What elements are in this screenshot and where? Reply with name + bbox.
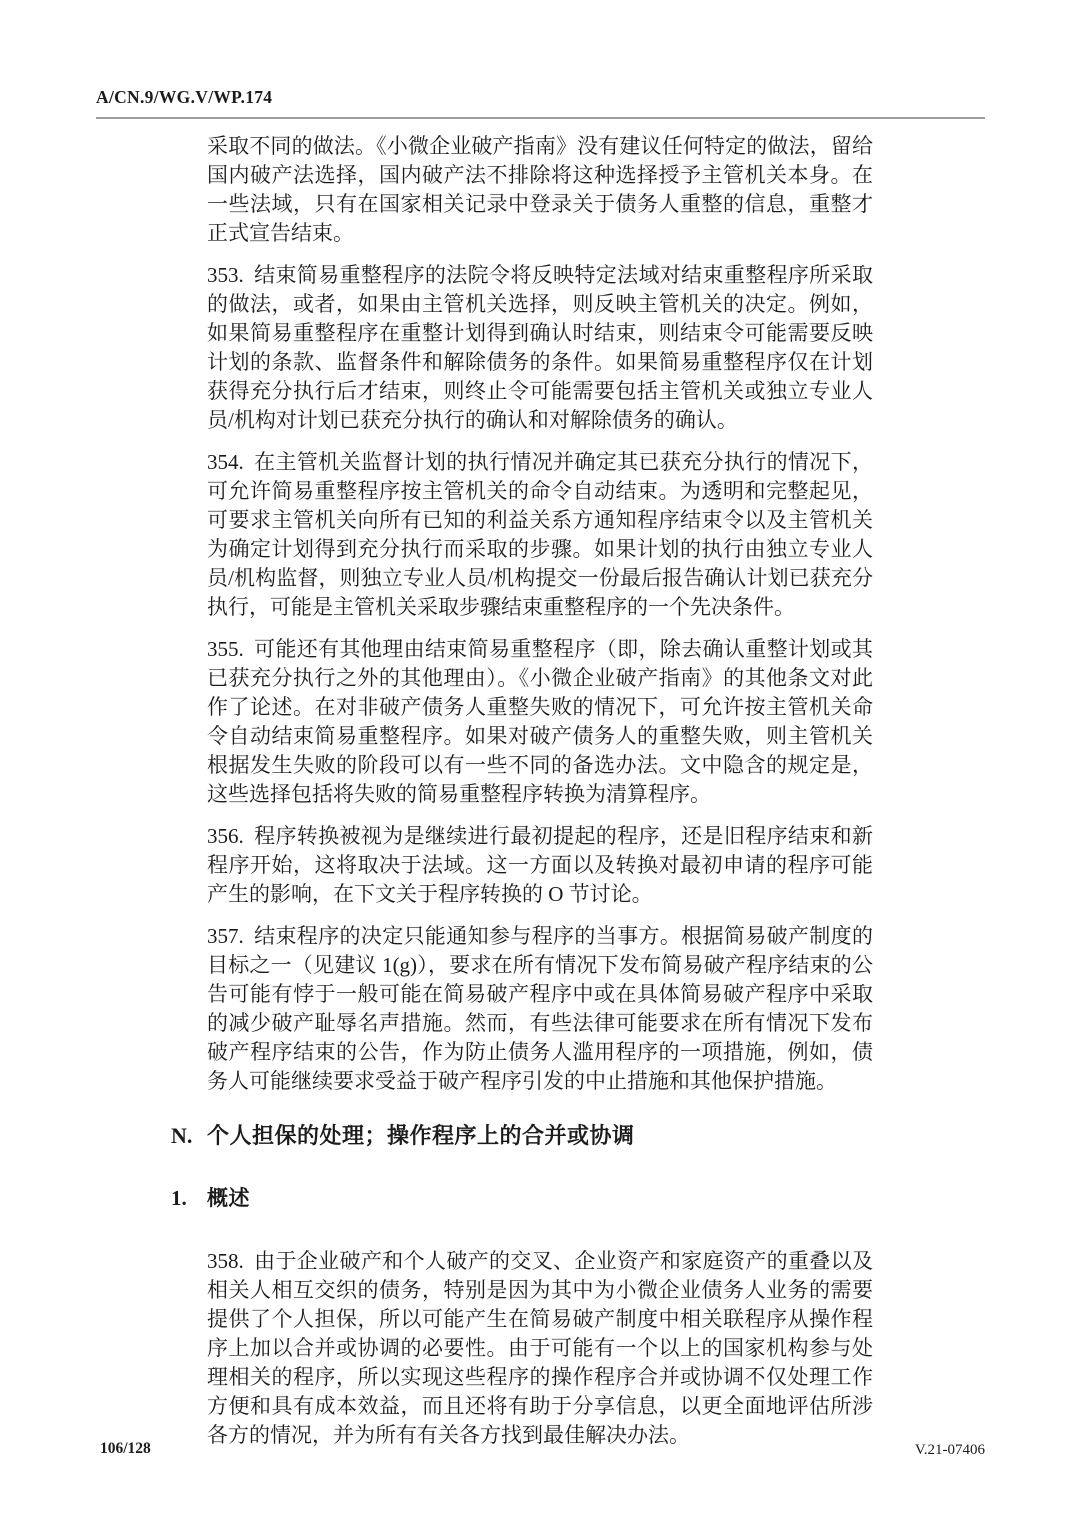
paragraph-358: 358.由于企业破产和个人破产的交叉、企业资产和家庭资产的重叠以及相关人相互交织… xyxy=(207,1247,873,1450)
section-title: 个人担保的处理；操作程序上的合并或协调 xyxy=(207,1123,635,1148)
subsection-heading-1: 1. 概述 xyxy=(207,1184,873,1213)
paragraph-number: 356. xyxy=(207,824,244,848)
paragraph-number: 353. xyxy=(207,263,244,287)
paragraph-357: 357.结束程序的决定只能通知参与程序的当事方。根据简易破产制度的目标之一（见建… xyxy=(207,922,873,1096)
footer-document-number: V.21-07406 xyxy=(915,1442,985,1459)
paragraph-number: 354. xyxy=(207,450,244,474)
section-heading-N: N. 个人担保的处理；操作程序上的合并或协调 xyxy=(207,1121,873,1151)
paragraph-text: 可能还有其他理由结束简易重整程序（即，除去确认重整计划或其已获充分执行之外的其他… xyxy=(207,637,873,806)
paragraph-number: 355. xyxy=(207,637,244,661)
paragraph-text: 采取不同的做法。《小微企业破产指南》没有建议任何特定的做法，留给国内破产法选择，… xyxy=(207,134,873,245)
document-symbol: A/CN.9/WG.V/WP.174 xyxy=(96,87,272,108)
paragraph-number: 357. xyxy=(207,924,244,948)
paragraph-continuation: 采取不同的做法。《小微企业破产指南》没有建议任何特定的做法，留给国内破产法选择，… xyxy=(207,132,873,248)
paragraph-number: 358. xyxy=(207,1249,244,1273)
subsection-number: 1. xyxy=(171,1184,187,1212)
paragraph-text: 结束简易重整程序的法院令将反映特定法域对结束重整程序所采取的做法，或者，如果由主… xyxy=(207,263,873,432)
paragraph-text: 程序转换被视为是继续进行最初提起的程序，还是旧程序结束和新程序开始，这将取决于法… xyxy=(207,824,873,906)
paragraph-text: 由于企业破产和个人破产的交叉、企业资产和家庭资产的重叠以及相关人相互交织的债务，… xyxy=(207,1249,873,1447)
document-page: A/CN.9/WG.V/WP.174 采取不同的做法。《小微企业破产指南》没有建… xyxy=(0,0,1080,1526)
subsection-title: 概述 xyxy=(207,1187,250,1210)
section-number: N. xyxy=(171,1121,192,1151)
paragraph-text: 在主管机关监督计划的执行情况并确定其已获充分执行的情况下，可允许简易重整程序按主… xyxy=(207,450,873,619)
paragraph-354: 354.在主管机关监督计划的执行情况并确定其已获充分执行的情况下，可允许简易重整… xyxy=(207,448,873,622)
footer-page-number: 106/128 xyxy=(100,1440,151,1458)
paragraph-356: 356.程序转换被视为是继续进行最初提起的程序，还是旧程序结束和新程序开始，这将… xyxy=(207,822,873,909)
document-body: 采取不同的做法。《小微企业破产指南》没有建议任何特定的做法，留给国内破产法选择，… xyxy=(207,132,873,1450)
paragraph-353: 353.结束简易重整程序的法院令将反映特定法域对结束重整程序所采取的做法，或者，… xyxy=(207,261,873,435)
paragraph-text: 结束程序的决定只能通知参与程序的当事方。根据简易破产制度的目标之一（见建议 1(… xyxy=(207,924,873,1093)
paragraph-355: 355.可能还有其他理由结束简易重整程序（即，除去确认重整计划或其已获充分执行之… xyxy=(207,635,873,809)
header-divider xyxy=(96,117,985,119)
